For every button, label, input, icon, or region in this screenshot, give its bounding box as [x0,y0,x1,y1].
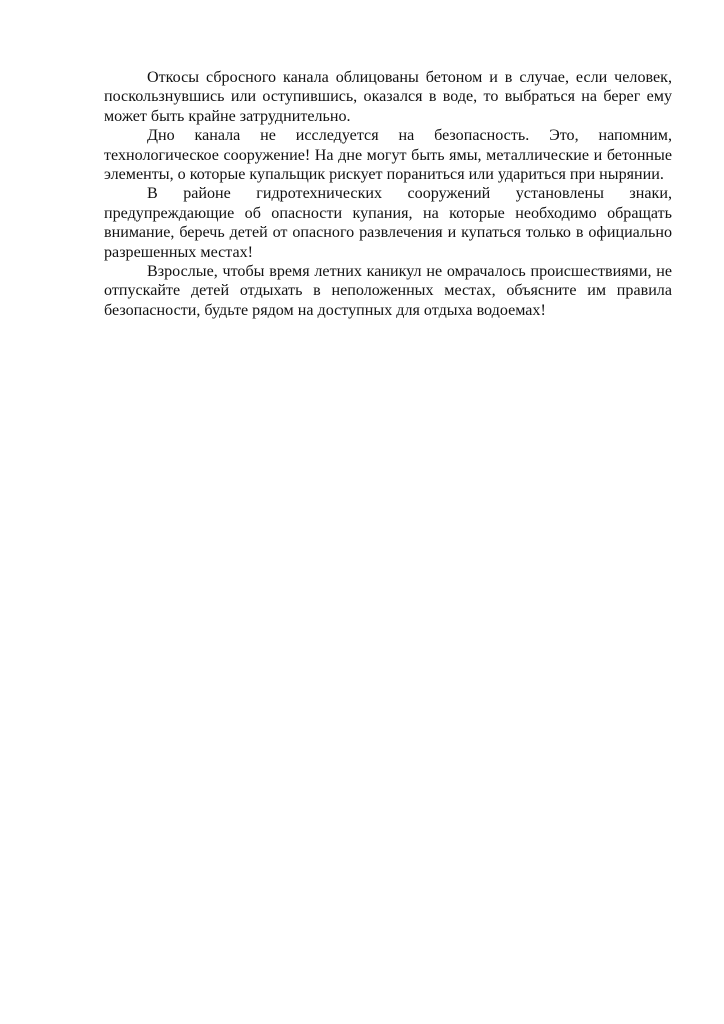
paragraph-adults-advice: Взрослые, чтобы время летних каникул не … [104,262,672,320]
document-page: Откосы сбросного канала облицованы бетон… [0,0,724,1024]
paragraph-canal-slopes: Откосы сбросного канала облицованы бетон… [104,68,672,126]
paragraph-canal-bottom: Дно канала не исследуется на безопасност… [104,126,672,184]
paragraph-warning-signs: В районе гидротехнических сооружений уст… [104,184,672,262]
document-body: Откосы сбросного канала облицованы бетон… [104,68,672,320]
